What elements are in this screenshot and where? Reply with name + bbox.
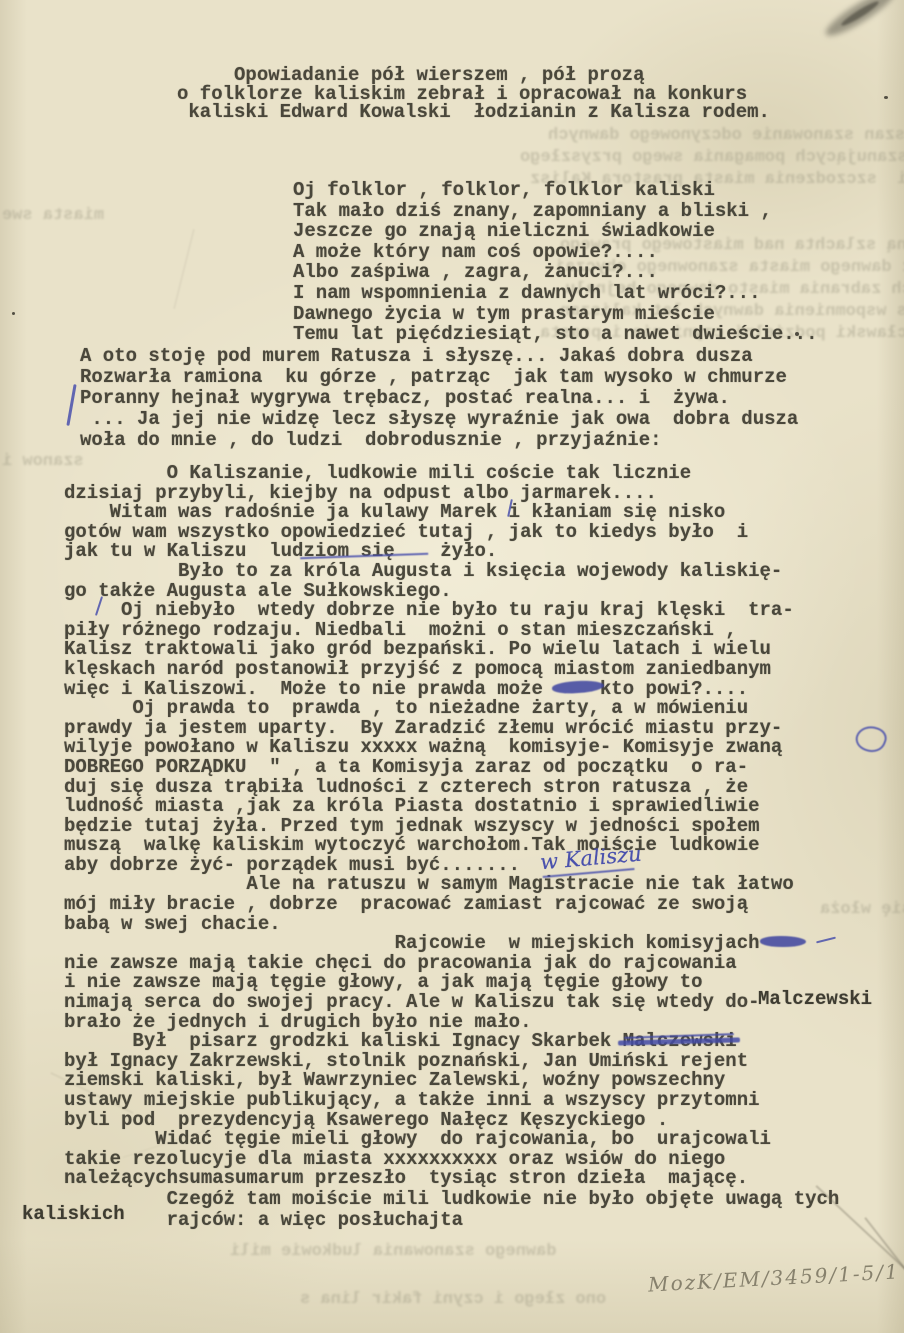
title-block: Opowiadanie pół wierszem , pół proząo fo… [177,66,770,122]
text-line: kaliski Edward Kowalski łodzianin z Kali… [177,103,770,122]
text-line: Oj prawda to prawda , to nieżadne żarty,… [64,699,794,719]
bleedthrough-line: ono złego i czyni fakir lina s [300,1290,606,1309]
text-line: Rozwarła ramiona ku górze , patrząc jak … [80,367,798,388]
text-line: ludność miasta ,jak za króla Piasta dost… [64,797,794,817]
margin-note-right: Malczewski [758,988,872,1010]
text-line: Oj folklor , folklor, folklor kaliski [293,180,818,201]
text-line: ustawy miejskie publikujący, a także inn… [64,1091,794,1111]
text-line: Witam was radośnie ja kulawy Marek i kła… [64,503,794,523]
bleedthrough-line: się włoża [820,900,904,919]
crease-line [173,229,195,309]
text-line: I nam wspomnienia z dawnych lat wróci?..… [293,283,818,304]
paragraph-block: A oto stoję pod murem Ratusza i słyszę..… [80,346,798,451]
paper-speck [12,312,15,315]
text-line: Tak mało dziś znany, zapomniany a bliski… [293,201,818,222]
margin-note-left: kaliskich [22,1203,125,1225]
text-line: O Kaliszanie, ludkowie mili coście tak l… [64,464,794,484]
ink-squiggle [852,722,889,757]
text-line: A może który nam coś opowie?.... [293,242,818,263]
bleedthrough-line: szczodzie szanujących pomagania swego pr… [520,148,904,167]
text-line: Kalisz traktowali jako gród bezpański. P… [64,640,794,660]
text-line: Oj niebyło wtedy dobrze nie było tu raju… [64,601,794,621]
bleedthrough-line: dawnego szanowania ludkowie mili [230,1242,556,1261]
paper-speck [795,332,799,336]
text-line: Było to za króla Augusta i księcia wojew… [64,562,794,582]
text-line: klęskach naród postanowił przyjść z pomo… [64,660,794,680]
text-line: Rajcowie w miejskich komisyjach [64,934,794,954]
document-page: Kaliszan szanowanie odczynowego dawnychs… [0,0,904,1333]
text-line: Opowiadanie pół wierszem , pół prozą [177,66,770,85]
text-line: Albo zaśpiwa , zagra, żanuci?... [293,262,818,283]
text-line: rajców: a więc posłuchajta [64,1210,839,1231]
text-line: wilyje powołano w Kaliszu xxxxx ważną ko… [64,738,794,758]
ink-mark [66,384,76,426]
body-text-block: O Kaliszanie, ludkowie mili coście tak l… [64,464,794,1189]
text-line: nimają serca do swojej pracy. Ale w Kali… [64,993,794,1013]
text-line: ... Ja jej nie widzę lecz słyszę wyraźni… [80,409,798,430]
closing-block: Czegóż tam moiście mili ludkowie nie był… [64,1189,839,1231]
text-line: Dawnego życia w tym prastarym mieście [293,304,818,325]
text-line: Temu lat pięćdziesiąt, sto a nawet dwieś… [293,324,818,345]
text-line: Czegóż tam moiście mili ludkowie nie był… [64,1189,839,1210]
poem-block: Oj folklor , folklor, folklor kaliskiTak… [293,180,818,345]
text-line: mój miły bracie , dobrze pracować zamias… [64,895,794,915]
bleedthrough-line: miasta swe [2,206,104,225]
text-line: należącychsumasumarum przeszło tysiąc st… [64,1169,794,1189]
catalog-number: MozK/EM/3459/1-5/1 [648,1259,901,1296]
pencil-smudge [821,0,898,42]
text-line: DOBREGO PORZĄDKU " , a ta Komisyja zaraz… [64,758,794,778]
ink-dash [816,937,836,944]
text-line: muszą walkę kaliskim wytoczyć warchołom.… [64,836,794,856]
text-line: Poranny hejnał wygrywa trębacz, postać r… [80,388,798,409]
paper-speck [884,96,888,99]
text-line: woła do mnie , do ludzi dobrodusznie , p… [80,430,798,451]
text-line: Jeszcze go znają nieliczni świadkowie [293,221,818,242]
ink-blot [760,936,806,947]
text-line: A oto stoję pod murem Ratusza i słyszę..… [80,346,798,367]
bleedthrough-line: Kaliszan szanowanie odczynowego dawnych [548,126,904,145]
